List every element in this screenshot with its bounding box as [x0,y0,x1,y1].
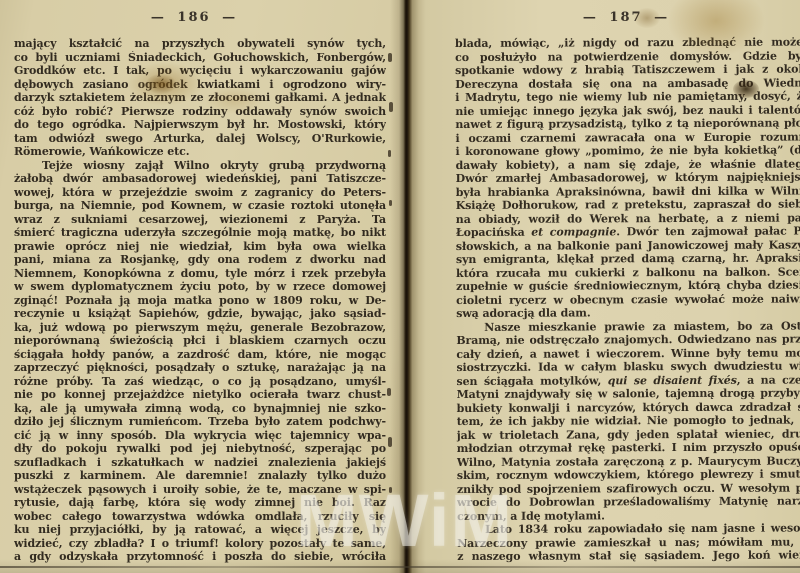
text-line: widzieć, czy zbladła? I o triumf! kolory… [14,537,386,551]
text-line: Lato 1834 roku zapowiadało się nam jasne… [457,521,800,536]
text-line: puszki z karminem. Ale daremnie! znalazł… [14,469,386,483]
text-line: Dwór zmarłej Ambasadorowej, w którym naj… [456,170,800,185]
text-line: Tejże wiosny zajął Wilno okryty grubą pr… [14,159,386,173]
text-line: zaprzeczyć piękności, posądzały o sztukę… [14,361,386,375]
text-line: rytusie, dają farbę, która się wody zimn… [14,496,386,510]
text-line: mający kształcić na przyszłych obywateli… [14,37,386,51]
text-line: różne próby. Ta zaś wiedząc, o co ją pos… [14,375,386,389]
text-block-left: mający kształcić na przyszłych obywateli… [14,37,386,564]
text-line: blada, mówiąc, „iż nigdy od razu zbledną… [455,35,800,50]
book-scan: { "document": { "watermark": "MWiM", "pa… [0,0,800,573]
text-line: wowej, która w przejeździe swoim z zagra… [14,186,386,200]
text-line: śmierć tragiczna uderzyła szczególnie mo… [14,226,386,240]
text-line: a gdy odzyskała przytomność i poszła do … [14,550,386,564]
text-line: młodzian otrzymał rękę pasterki. I nim p… [457,440,800,455]
text-line: Niemnem, Konopkówna z domu, tyle mórz i … [14,267,386,281]
text-line: Łopacińska et compagnie. Dwór ten zajmow… [456,224,800,239]
text-line: zginąć! Poznała ją moja matka pono w 180… [14,294,386,308]
book-gutter-shadow [390,0,426,573]
text-line: tem, że ich jakby nie widział. Nie pomog… [457,413,800,428]
text-line: dły do pokoju rywalki pod jej niebytność… [14,442,386,456]
page-left: — 186 — mający kształcić na przyszłych o… [0,0,405,573]
text-line: ka, już wdową po pierwszym mężu, general… [14,321,386,335]
text-line: Bramą, nie odstręczało znajomych. Odwied… [456,332,800,347]
text-line: Römerowie, Wańkowicze etc. [14,145,386,159]
text-line: wrocie do Dobrowlan prześladowaliśmy Mat… [457,494,800,509]
text-line: z naszego własnym stał się sąsiadem. Jeg… [457,548,800,563]
book-spread: — 186 — mający kształcić na przyszłych o… [0,0,800,573]
text-line: cóż było robić? Pierwsze rodziny oddawał… [14,105,386,119]
text-line: ką, ale ją umywała zimną wodą, co bynajm… [14,402,386,416]
page-number-left: — 186 — [14,10,374,26]
text-line: nie po konnej przejażdżce nietylko ocier… [14,388,386,402]
text-line: prawie oprócz niej nie wiedział, kim był… [14,240,386,254]
text-line: i koronowane głowy „pomimo, że nie była … [455,143,800,158]
text-line: wstążeczek pąsowych i uroiły sobie, że t… [14,483,386,497]
text-line: i Madrytu, tego nie wiemy lub nie pamięt… [455,89,800,104]
text-line: darzyk sztakietem żelaznym ze złoconemi … [14,91,386,105]
text-line: Matyni znajdywały się w salonie, tajemną… [457,386,800,401]
text-line: wobec całego towarzystwa wdówka omdlała,… [14,510,386,524]
text-line: szufladkach i szkatułkach w nadziei znal… [14,456,386,470]
text-line: w swem dyplomatycznem życiu poto, by w r… [14,280,386,294]
text-line: siostrzyczki. Ida w całym blasku swych d… [456,359,800,374]
text-line: dębowych zasiano ogródek kwiatkami i ogr… [14,78,386,92]
text-line: żałobą dwór ambasadorowej wiedeńskiej, p… [14,172,386,186]
text-line: skim, rocznym wdowczykiem, którego plewr… [457,467,800,482]
text-line: Książę Dołhorukow, rad z pretekstu, zapr… [456,197,800,212]
text-line: zupełnie w guście średniowiecznym, którą… [456,278,800,293]
text-line: ku niej przyjaciółki, by ją ratować, a w… [14,523,386,537]
text-line: cić ją w inny sposób. Dla wykrycia więc … [14,429,386,443]
text-line: pani, miana za Rosjankę, gdy ona rodem z… [14,253,386,267]
text-line: tam odwiózł swego Arturka, dalej Wolscy,… [14,132,386,146]
text-line: cioletni rycerz w obecnym czasie wywołać… [456,292,800,307]
text-line: syn emigranta, klękał przed damą czarną,… [456,251,800,266]
text-line: burga, na Niemnie, pod Kownem, w czasie … [14,199,386,213]
text-line: Groddków etc. I tak, po wycięciu i wykar… [14,64,386,78]
text-line: co byli uczniami Śniadeckich, Gołuchowsk… [14,51,386,65]
text-line: do tego ogródka. Najpierwszym był hr. Mo… [14,118,386,132]
text-line: nawet z figurą przysadzistą, tylko z tą … [455,116,800,131]
text-line: dziło jej ślicznym rumieńcom. Trzeba był… [14,415,386,429]
text-line: spotkanie wdowy z hrabią Tatiszczewem i … [455,62,800,77]
text-line: wraz z sukniami cesarzowej, wiezionemi z… [14,213,386,227]
page-right: — 187 — blada, mówiąc, „iż nigdy od razu… [405,0,800,573]
page-number-right: — 187 — [452,10,800,26]
text-line: nieporównaną świeżością płci i blaskiem … [14,334,386,348]
text-line: ściągała hołdy panów, a zazdrość dam, kt… [14,348,386,362]
text-line: reczynie u książąt Sapiehów, gdzie, bywa… [14,307,386,321]
text-block-right: blada, mówiąc, „iż nigdy od razu zbledną… [455,35,800,563]
